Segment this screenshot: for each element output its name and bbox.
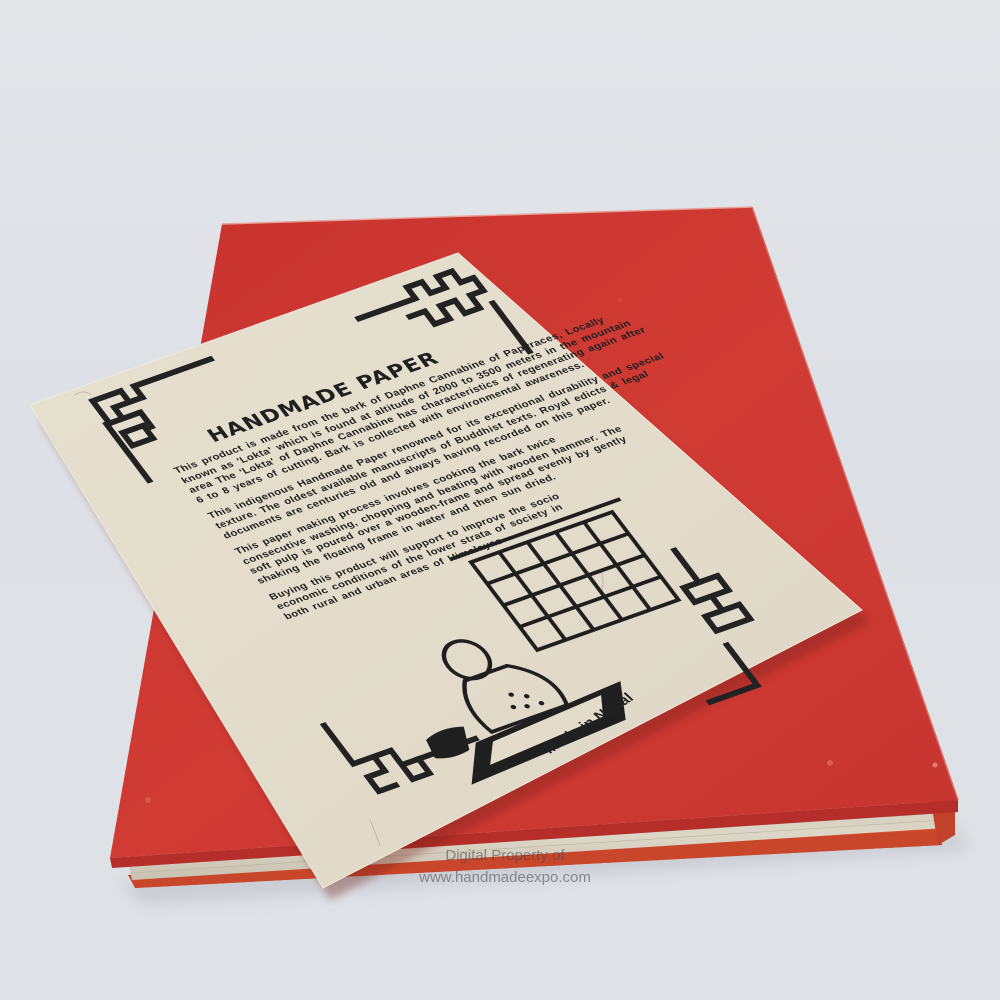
product-photo: HANDMADE PAPER This product is made from… bbox=[0, 0, 1000, 1000]
watermark-line-1: Digital Property of bbox=[385, 845, 625, 867]
watermark: Digital Property of www.handmadeexpo.com bbox=[385, 845, 625, 889]
watermark-line-2: www.handmadeexpo.com bbox=[385, 867, 625, 889]
